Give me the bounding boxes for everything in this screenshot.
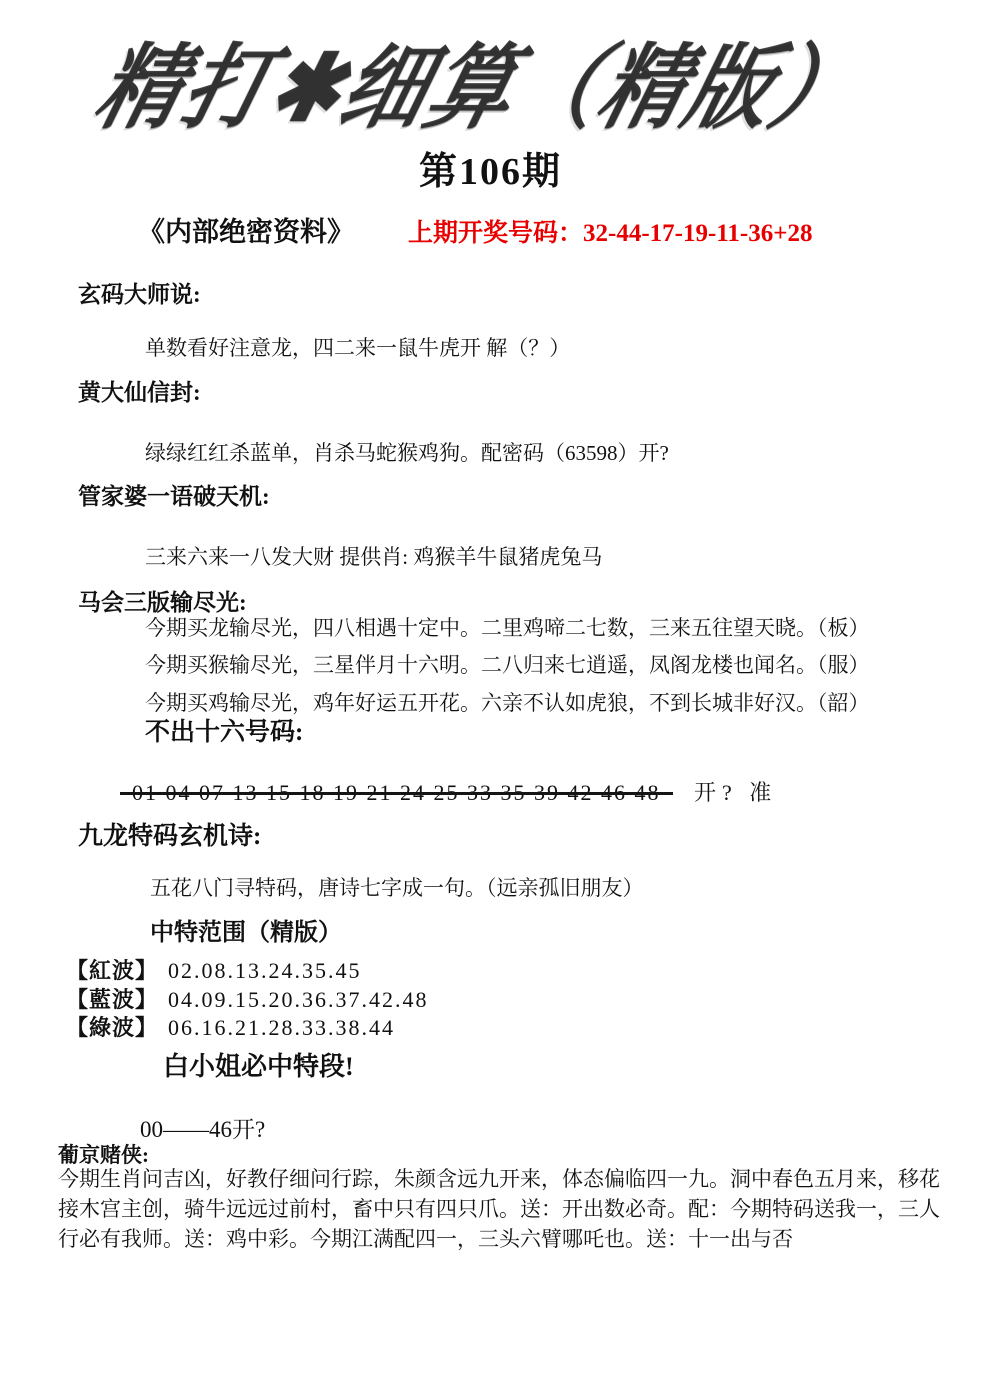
baixiaojie-heading: 白小姐必中特段! [163,1046,354,1083]
master-tip-line: 单数看好注意龙，四二来一鼠牛虎开 解（？） [145,332,570,362]
section-heading-jiulong: 九龙特码玄机诗: [78,816,261,852]
special-range-subheading: 中特范围（精版） [150,912,342,947]
sixteen-numbers-row: 01 04 07 13 15 18 19 21 24 25 33 35 39 4… [128,776,777,807]
last-draw-result: 上期开奖号码：32-44-17-19-11-36+28 [408,213,813,249]
green-wave-row: 【綠波】06.16.21.28.33.38.44 [66,1011,395,1042]
pujing-paragraph: 今期生肖问吉凶，好教仔细问行踪，朱颜含远九开来，体态偏临四一九。洞中春色五月来，… [58,1164,940,1254]
blue-wave-label: 【藍波】 [66,987,158,1012]
green-wave-numbers: 06.16.21.28.33.38.44 [168,1015,395,1040]
blue-wave-row: 【藍波】04.09.15.20.36.37.42.48 [66,983,429,1014]
mahui-line: 今期买龙输尽光，四八相遇十定中。二里鸡啼二七数，三来五往望天晓。（板） [145,612,870,642]
red-wave-numbers: 02.08.13.24.35.45 [168,958,362,983]
number-range-line: 00——46开? [140,1111,265,1144]
section-heading-huangdaxian: 黄大仙信封: [78,374,201,407]
section-heading-sixteen-numbers: 不出十六号码: [145,712,303,748]
huangdaxian-tip-line: 绿绿红红杀蓝单，肖杀马蛇猴鸡狗。配密码（63598）开? [145,437,669,467]
tip-sheet-page: 精打✱细算（精版） 第106期 《内部绝密资料》 上期开奖号码：32-44-17… [0,0,981,1388]
jiulong-poem-line: 五花八门寻特码，唐诗七字成一句。（远亲孤旧朋友） [150,872,644,902]
struck-numbers-list: 01 04 07 13 15 18 19 21 24 25 33 35 39 4… [128,780,665,806]
blue-wave-numbers: 04.09.15.20.36.37.42.48 [168,987,429,1012]
section-heading-guanjiapo: 管家婆一语破天机: [78,478,270,511]
section-heading-master: 玄码大师说: [78,276,201,309]
numbers-suffix: 开? 准 [694,776,777,807]
mahui-line: 今期买猴输尽光，三星伴月十六明。二八归来七逍遥，凤阁龙楼也闻名。（服） [145,649,870,679]
masthead-title-art: 精打✱细算（精版） [78,14,903,147]
guanjiapo-tip-line: 三来六来一八发大财 提供肖: 鸡猴羊牛鼠猪虎兔马 [145,541,602,571]
red-wave-row: 【紅波】02.08.13.24.35.45 [66,954,362,985]
issue-number: 第106期 [0,140,981,195]
green-wave-label: 【綠波】 [66,1015,158,1040]
masthead: 精打✱细算（精版） [0,20,981,141]
red-wave-label: 【紅波】 [66,958,158,983]
doc-label: 《内部绝密资料》 [138,210,354,249]
